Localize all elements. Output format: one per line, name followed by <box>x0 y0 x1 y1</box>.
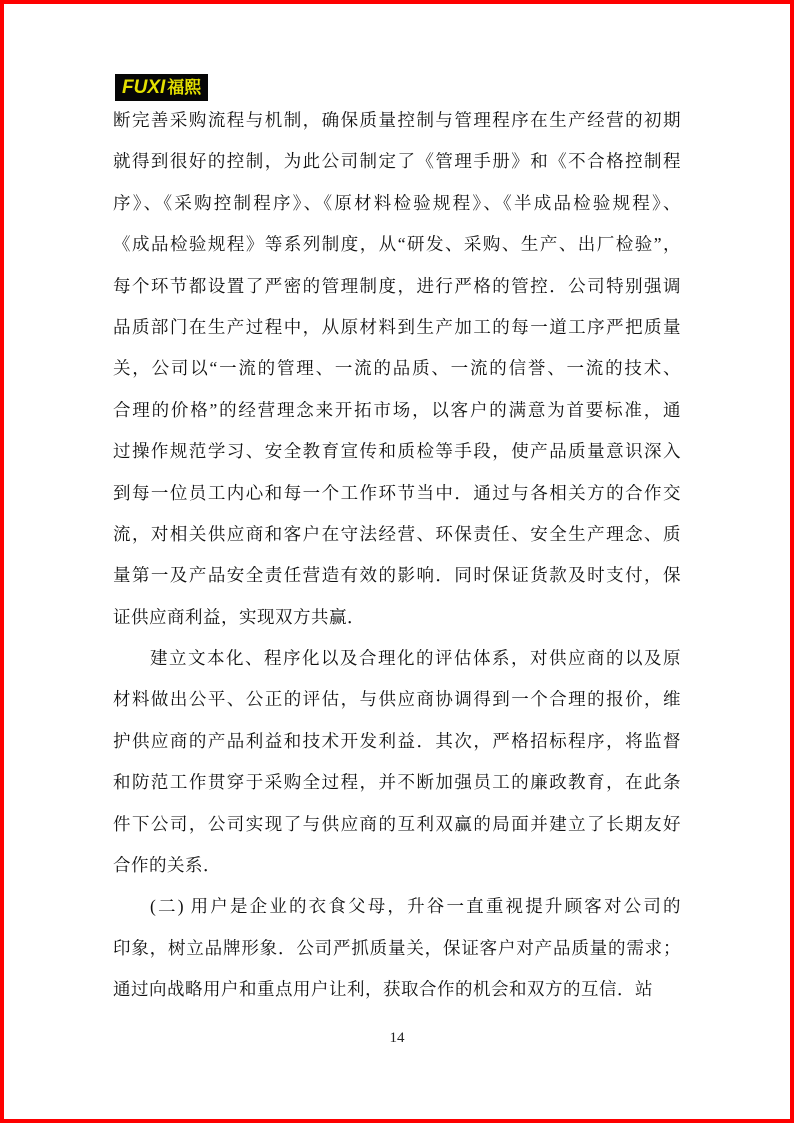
body-line: 材料做出公平、公正的评估，与供应商协调得到一个合理的报价，维 <box>113 679 681 720</box>
body-line: 合作的关系． <box>113 845 681 886</box>
body-line: 证供应商利益，实现双方共赢． <box>113 597 681 638</box>
logo-text-cjk: 福熙 <box>167 79 201 96</box>
logo-text-latin: FUXI <box>122 78 165 97</box>
body-line: 护供应商的产品利益和技术开发利益．其次，严格招标程序，将监督 <box>113 721 681 762</box>
body-line: 品质部门在生产过程中，从原材料到生产加工的每一道工序严把质量 <box>113 307 681 348</box>
body-line: 建立文本化、程序化以及合理化的评估体系，对供应商的以及原 <box>113 638 681 679</box>
body-line: 件下公司，公司实现了与供应商的互利双赢的局面并建立了长期友好 <box>113 804 681 845</box>
body-line: 关，公司以“一流的管理、一流的品质、一流的信誉、一流的技术、 <box>113 348 681 389</box>
body-line: 序》、《采购控制程序》、《原材料检验规程》、《半成品检验规程》、 <box>113 183 681 224</box>
body-line: (二) 用户是企业的衣食父母，升谷一直重视提升顾客对公司的 <box>113 886 681 927</box>
body-line: 《成品检验规程》等系列制度，从“研发、采购、生产、出厂检验”， <box>113 224 681 265</box>
body-line: 合理的价格”的经营理念来开拓市场，以客户的满意为首要标准，通 <box>113 390 681 431</box>
body-line: 量第一及产品安全责任营造有效的影响．同时保证货款及时支付，保 <box>113 555 681 596</box>
body-line: 印象，树立品牌形象．公司严抓质量关，保证客户对产品质量的需求； <box>113 928 681 969</box>
page-number: 14 <box>4 1030 790 1047</box>
body-line: 过操作规范学习、安全教育宣传和质检等手段，使产品质量意识深入 <box>113 431 681 472</box>
body-line: 流，对相关供应商和客户在守法经营、环保责任、安全生产理念、质 <box>113 514 681 555</box>
body-line: 和防范工作贯穿于采购全过程，并不断加强员工的廉政教育，在此条 <box>113 762 681 803</box>
fuxi-logo: FUXI 福熙 <box>115 74 208 101</box>
body-line: 通过向战略用户和重点用户让利，获取合作的机会和双方的互信．站 <box>113 969 681 1010</box>
document-page: FUXI 福熙 断完善采购流程与机制，确保质量控制与管理程序在生产经营的初期就得… <box>0 0 794 1123</box>
body-line: 就得到很好的控制，为此公司制定了《管理手册》和《不合格控制程 <box>113 141 681 182</box>
body-line: 到每一位员工内心和每一个工作环节当中．通过与各相关方的合作交 <box>113 473 681 514</box>
body-text: 断完善采购流程与机制，确保质量控制与管理程序在生产经营的初期就得到很好的控制，为… <box>113 100 681 1011</box>
body-line: 每个环节都设置了严密的管理制度，进行严格的管控．公司特别强调 <box>113 266 681 307</box>
body-line: 断完善采购流程与机制，确保质量控制与管理程序在生产经营的初期 <box>113 100 681 141</box>
